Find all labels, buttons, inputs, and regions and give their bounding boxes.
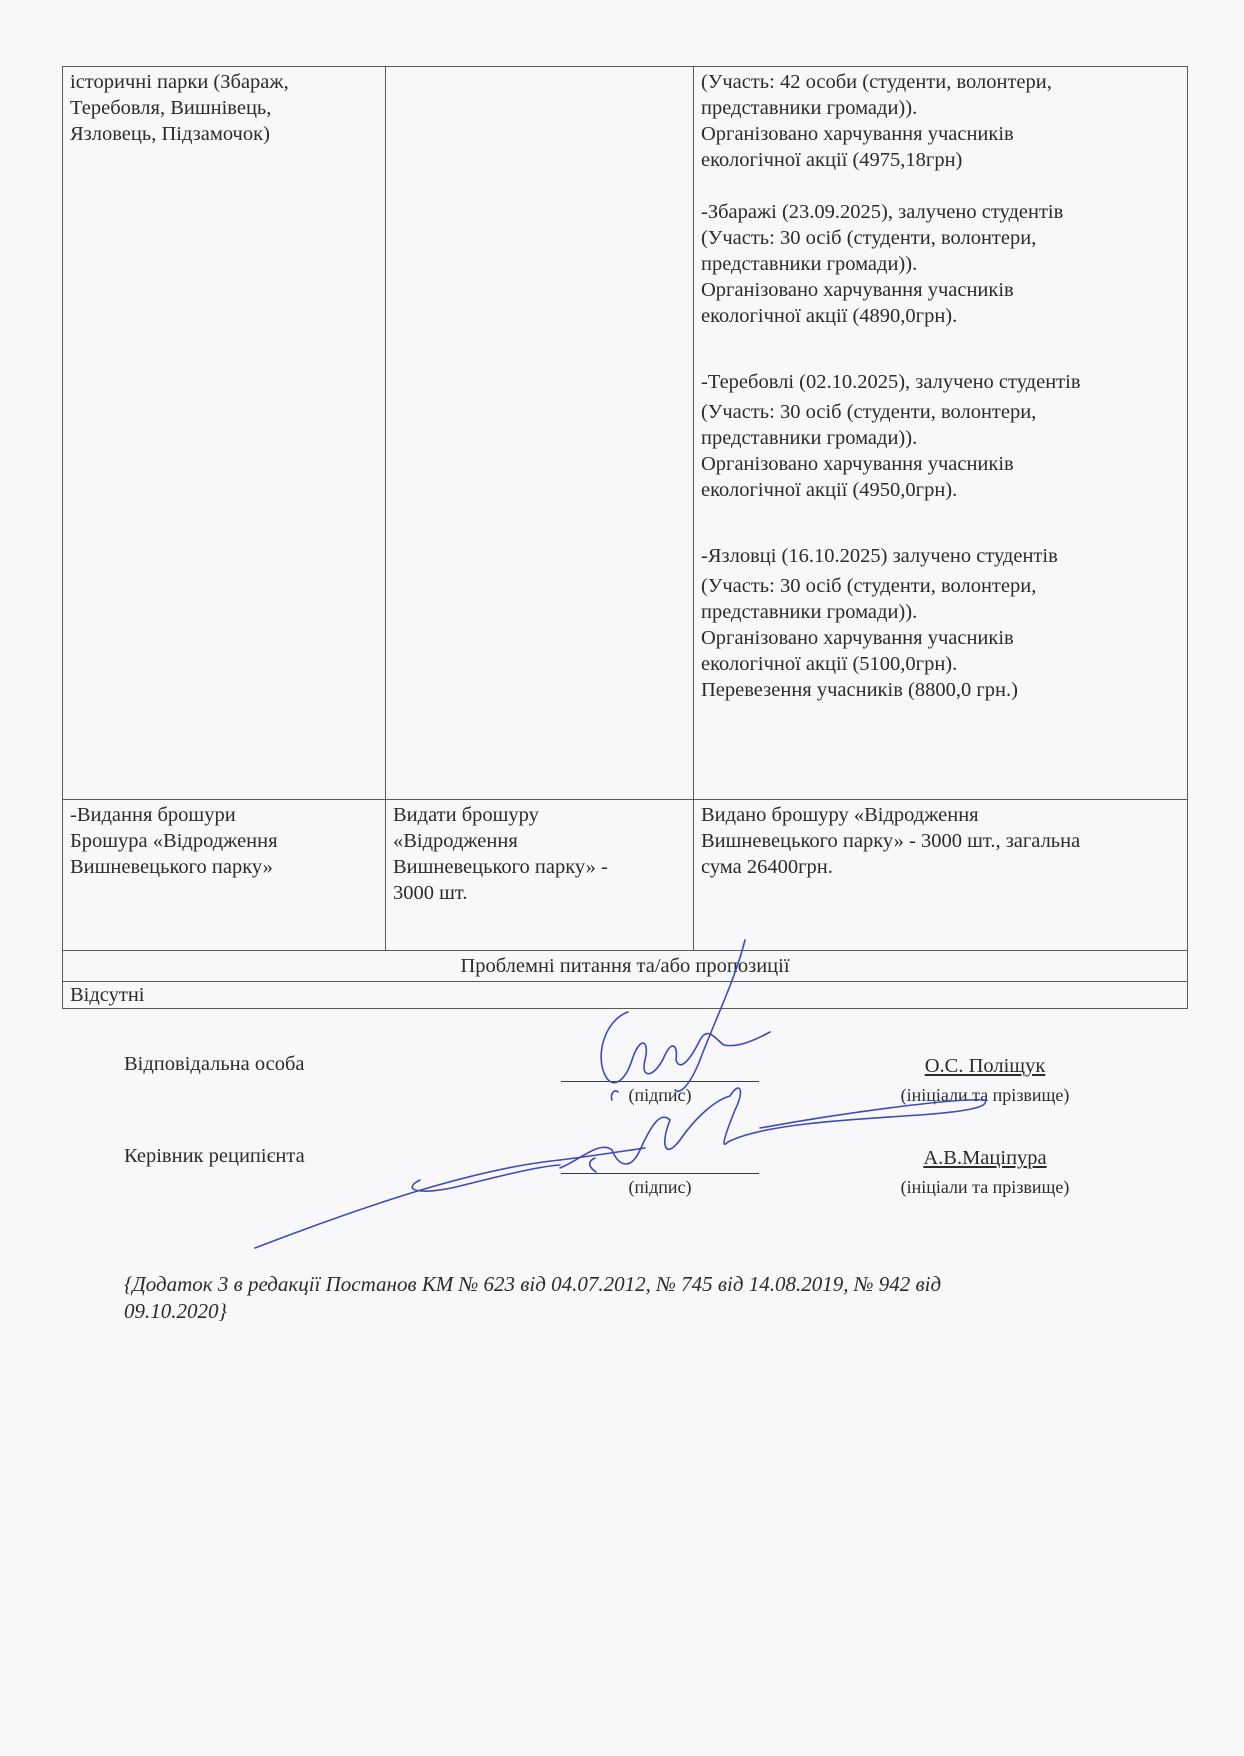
result-line: Видано брошуру «Відродження (701, 802, 1180, 828)
result-line: Організовано харчування учасників (701, 277, 1180, 303)
result-line: екологічної акції (4890,0грн). (701, 303, 1180, 329)
result-line: Організовано харчування учасників (701, 121, 1180, 147)
footnote-line: {Додаток 3 в редакції Постанов КМ № 623 … (124, 1271, 1144, 1298)
result-line: представники громади)). (701, 95, 1180, 121)
activity-line: Брошура «Відродження (70, 828, 378, 854)
head-label: Керівник реципієнта (124, 1145, 305, 1168)
planned-cell (386, 67, 694, 800)
activity-cell: історичні парки (Збараж, Теребовля, Вишн… (63, 67, 386, 800)
footnote-line: 09.10.2020} (124, 1298, 1144, 1325)
result-line: сума 26400грн. (701, 854, 1180, 880)
issues-header: Проблемні питання та/або пропозиції (63, 951, 1188, 982)
footnote: {Додаток 3 в редакції Постанов КМ № 623 … (124, 1271, 1144, 1325)
issues-value: Відсутні (63, 982, 1188, 1009)
table-row: -Видання брошури Брошура «Відродження Ви… (63, 800, 1188, 951)
responsible-name-caption: (ініціали та прізвище) (850, 1085, 1120, 1106)
document-page: історичні парки (Збараж, Теребовля, Вишн… (0, 0, 1244, 1756)
result-block: -Теребовлі (02.10.2025), залучено студен… (701, 369, 1180, 503)
table-row: історичні парки (Збараж, Теребовля, Вишн… (63, 67, 1188, 800)
responsible-label: Відповідальна особа (124, 1053, 305, 1076)
planned-line: Видати брошуру (393, 802, 686, 828)
result-line: (Участь: 42 особи (студенти, волонтери, (701, 69, 1180, 95)
issues-header-row: Проблемні питання та/або пропозиції (63, 951, 1188, 982)
result-line: Перевезення учасників (8800,0 грн.) (701, 677, 1180, 703)
planned-line: 3000 шт. (393, 880, 686, 906)
responsible-signature-caption: (підпис) (561, 1085, 759, 1106)
issues-row: Відсутні (63, 982, 1188, 1009)
result-cell: (Участь: 42 особи (студенти, волонтери, … (694, 67, 1188, 800)
head-name: А.В.Маціпура (850, 1147, 1120, 1170)
result-line: (Участь: 30 осіб (студенти, волонтери, (701, 225, 1180, 251)
activity-line: історичні парки (Збараж, (70, 69, 378, 95)
result-line: представники громади)). (701, 425, 1180, 451)
result-block: -Збаражі (23.09.2025), залучено студенті… (701, 199, 1180, 329)
planned-line: «Відродження (393, 828, 686, 854)
planned-cell: Видати брошуру «Відродження Вишневецьког… (386, 800, 694, 951)
activity-line: Вишневецького парку» (70, 854, 378, 880)
result-line: (Участь: 30 осіб (студенти, волонтери, (701, 573, 1180, 599)
planned-line: Вишневецького парку» - (393, 854, 686, 880)
result-block: (Участь: 42 особи (студенти, волонтери, … (701, 69, 1180, 173)
result-line: Організовано харчування учасників (701, 451, 1180, 477)
report-table: історичні парки (Збараж, Теребовля, Вишн… (62, 66, 1188, 1009)
result-line: екологічної акції (4975,18грн) (701, 147, 1180, 173)
activity-line: Язловець, Підзамочок) (70, 121, 378, 147)
head-signature-caption: (підпис) (561, 1177, 759, 1198)
result-line: екологічної акції (4950,0грн). (701, 477, 1180, 503)
responsible-signature-line (561, 1081, 759, 1082)
result-line: -Збаражі (23.09.2025), залучено студенті… (701, 199, 1180, 225)
activity-line: -Видання брошури (70, 802, 378, 828)
head-signature-line (561, 1173, 759, 1174)
result-line: -Теребовлі (02.10.2025), залучено студен… (701, 369, 1180, 395)
result-block: -Язловці (16.10.2025) залучено студентів… (701, 543, 1180, 703)
head-name-caption: (ініціали та прізвище) (850, 1177, 1120, 1198)
result-line: представники громади)). (701, 251, 1180, 277)
result-line: представники громади)). (701, 599, 1180, 625)
result-line: (Участь: 30 осіб (студенти, волонтери, (701, 399, 1180, 425)
responsible-name: О.С. Поліщук (850, 1055, 1120, 1078)
result-cell: Видано брошуру «Відродження Вишневецьког… (694, 800, 1188, 951)
activity-cell: -Видання брошури Брошура «Відродження Ви… (63, 800, 386, 951)
result-line: Організовано харчування учасників (701, 625, 1180, 651)
activity-line: Теребовля, Вишнівець, (70, 95, 378, 121)
result-line: екологічної акції (5100,0грн). (701, 651, 1180, 677)
result-line: Вишневецького парку» - 3000 шт., загальн… (701, 828, 1180, 854)
result-line: -Язловці (16.10.2025) залучено студентів (701, 543, 1180, 569)
